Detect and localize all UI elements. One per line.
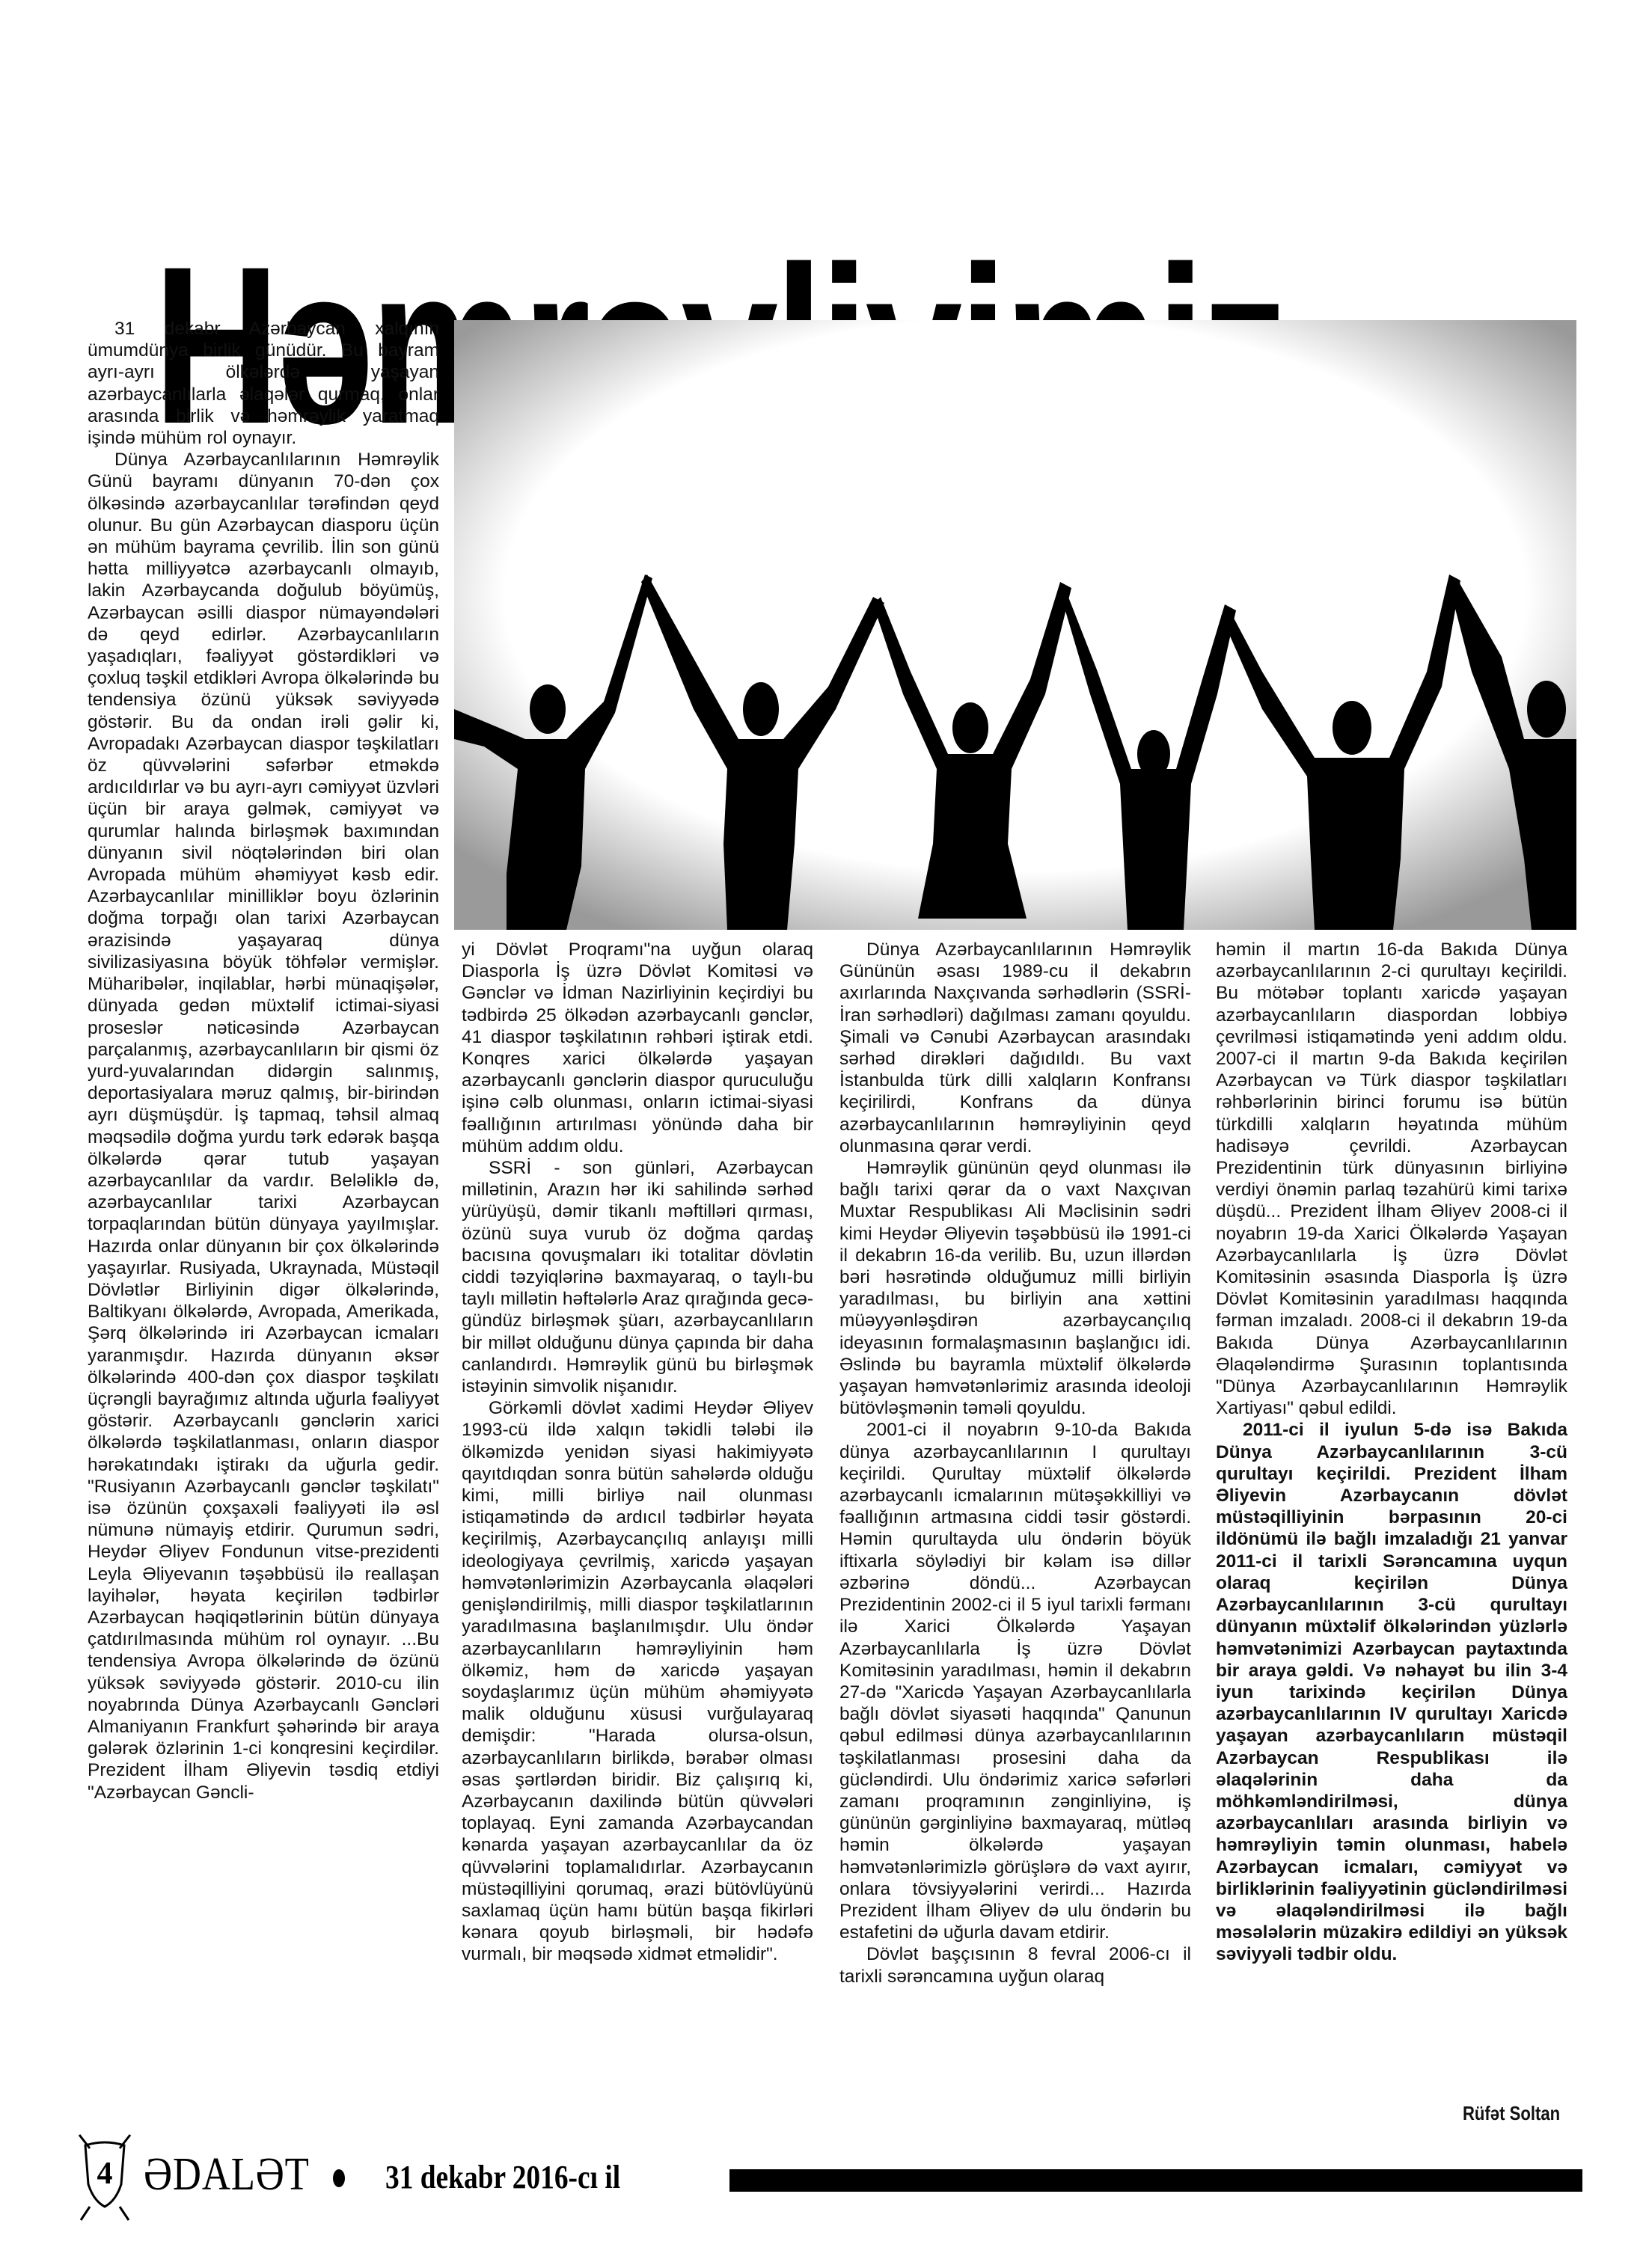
paragraph: 2001-ci il noyabrın 9-10-da Bakıda dünya… (839, 1419, 1191, 1943)
paragraph: Həmrəylik gününün qeyd olunması ilə bağl… (839, 1157, 1191, 1419)
page-number: 4 (91, 2156, 118, 2192)
silhouette-people-holding-hands-icon (454, 320, 1576, 930)
paragraph: 31 dekabr Azərbaycan xalqının ümumdünya … (88, 318, 439, 449)
bullet-separator (333, 2169, 345, 2187)
paragraph: Görkəmli dövlət xadimi Heydər Əliyev 199… (462, 1397, 813, 1965)
paragraph-bold: 2011-ci il iyulun 5-də isə Bakıda Dünya … (1216, 1419, 1567, 1965)
footer-rule (729, 2169, 1582, 2192)
paragraph: həmin il martın 16-da Bakıda Dünya azərb… (1216, 939, 1567, 1419)
paragraph: Dövlət başçısının 8 fevral 2006-cı il ta… (839, 1943, 1191, 1987)
article-column-4: həmin il martın 16-da Bakıda Dünya azərb… (1216, 939, 1567, 1966)
paragraph: yi Dövlət Proqramı"na uyğun olaraq Diasp… (462, 939, 813, 1157)
page-footer: 4 ƏDALƏT 31 dekabr 2016-cı il (45, 2132, 1631, 2222)
author-signature: Rüfət Soltan (1463, 2102, 1560, 2125)
article-photo (454, 320, 1576, 930)
article-column-1: 31 dekabr Azərbaycan xalqının ümumdünya … (88, 318, 439, 2076)
paragraph: SSRİ - son günləri, Azərbaycan millətini… (462, 1157, 813, 1397)
newspaper-name: ƏDALƏT (144, 2148, 310, 2201)
article-column-2: yi Dövlət Proqramı"na uyğun olaraq Diasp… (462, 939, 813, 1966)
paragraph: Dünya Azərbaycanlılarının Həmrəylik Günü… (88, 449, 439, 1803)
issue-date: 31 dekabr 2016-cı il (385, 2158, 620, 2196)
article-column-3: Dünya Azərbaycanlılarının Həmrəylik Günü… (839, 939, 1191, 1987)
paragraph: Dünya Azərbaycanlılarının Həmrəylik Günü… (839, 939, 1191, 1157)
